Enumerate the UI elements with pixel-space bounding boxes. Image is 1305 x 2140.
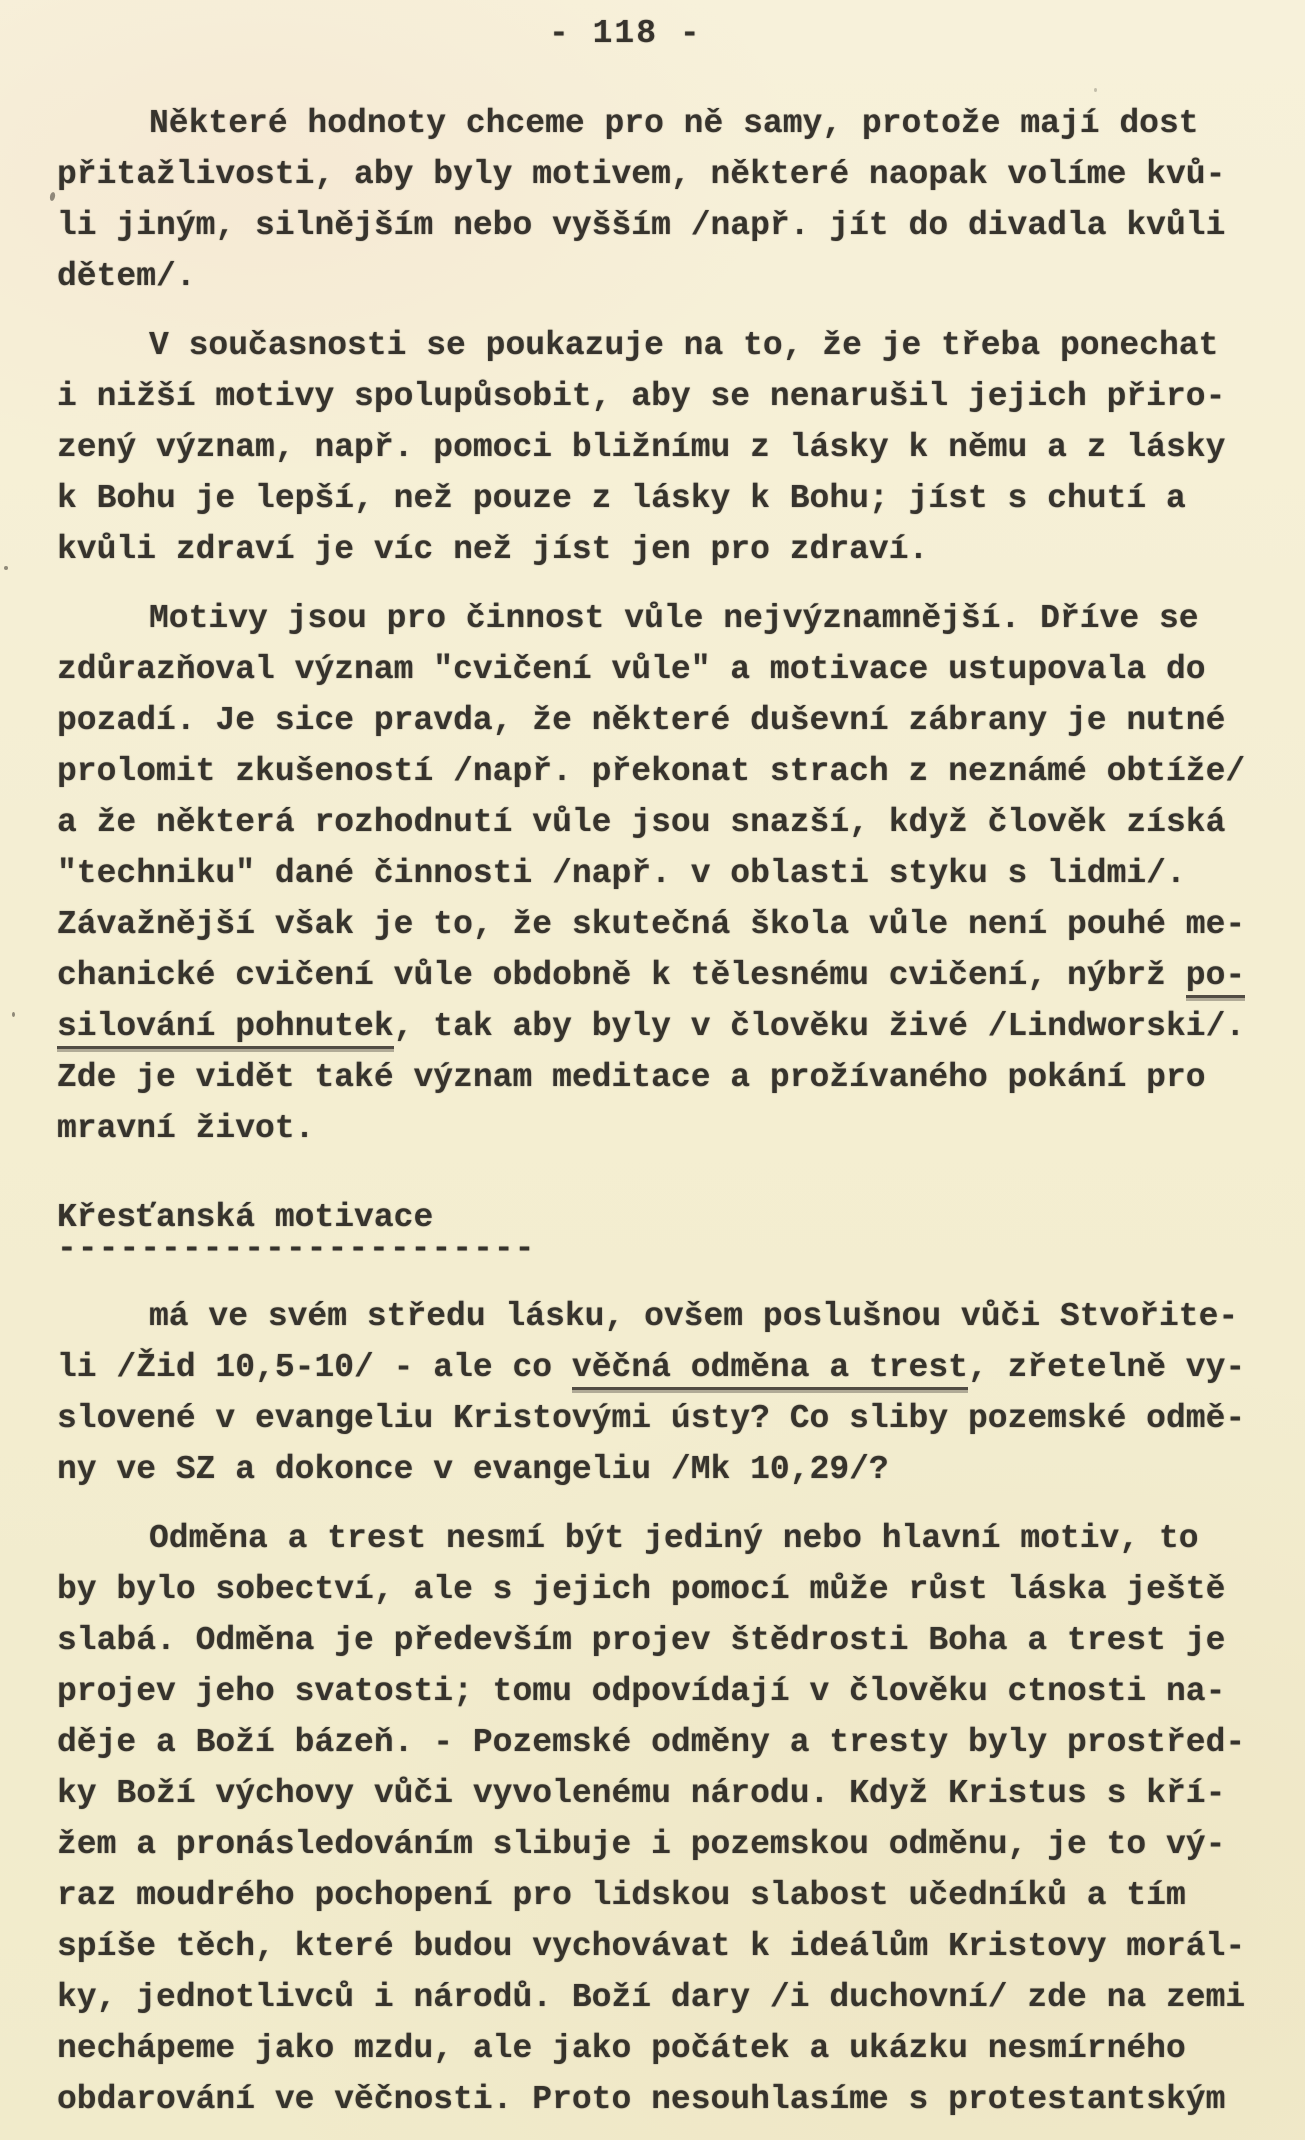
text-run: , tak aby byly v člověku živé /Lindworsk… bbox=[394, 1008, 1246, 1045]
text-line: žem a pronásledováním slibuje i pozemsko… bbox=[57, 1819, 1250, 1870]
text-line: k Bohu je lepší, než pouze z lásky k Boh… bbox=[57, 473, 1250, 524]
text-line: li /Žid 10,5-10/ - ale co věčná odměna a… bbox=[57, 1342, 1250, 1393]
text-line: a že některá rozhodnutí vůle jsou snazší… bbox=[57, 797, 1250, 848]
paragraph-1: Některé hodnoty chceme pro ně samy, prot… bbox=[57, 98, 1250, 302]
text-line: li jiným, silnějším nebo vyšším /např. j… bbox=[57, 200, 1250, 251]
text-line: ky, jednotlivců i národů. Boží dary /i d… bbox=[57, 1972, 1250, 2023]
paragraph-4: má ve svém středu lásku, ovšem poslušnou… bbox=[57, 1291, 1250, 1495]
text-line: ky Boží výchovy vůči vyvolenému národu. … bbox=[57, 1768, 1250, 1819]
text-run: , zřetelně vy- bbox=[968, 1349, 1245, 1386]
page-content: - 118 - Některé hodnoty chceme pro ně sa… bbox=[0, 0, 1305, 2125]
text-line: Odměna a trest nesmí být jediný nebo hla… bbox=[57, 1513, 1250, 1564]
text-line: chanické cvičení vůle obdobně k tělesném… bbox=[57, 950, 1250, 1001]
scan-speck bbox=[4, 566, 8, 570]
text-line: spíše těch, které budou vychovávat k ide… bbox=[57, 1921, 1250, 1972]
text-run: li /Žid 10,5-10/ - ale co bbox=[57, 1349, 572, 1386]
text-line: by bylo sobectví, ale s jejich pomocí mů… bbox=[57, 1564, 1250, 1615]
text-line: "techniku" dané činnosti /např. v oblast… bbox=[57, 848, 1250, 899]
text-line: Závažnější však je to, že skutečná škola… bbox=[57, 899, 1250, 950]
text-line: silování pohnutek, tak aby byly v člověk… bbox=[57, 1001, 1250, 1052]
text-line: pozadí. Je sice pravda, že některé dušev… bbox=[57, 695, 1250, 746]
text-line: nechápeme jako mzdu, ale jako počátek a … bbox=[57, 2023, 1250, 2074]
text-line: projev jeho svatosti; tomu odpovídají v … bbox=[57, 1666, 1250, 1717]
text-line: Některé hodnoty chceme pro ně samy, prot… bbox=[57, 98, 1250, 149]
text-line: mravní život. bbox=[57, 1103, 1250, 1154]
underlined-text: po- bbox=[1186, 957, 1245, 998]
text-line: ny ve SZ a dokonce v evangeliu /Mk 10,29… bbox=[57, 1444, 1250, 1495]
paragraph-5: Odměna a trest nesmí být jediný nebo hla… bbox=[57, 1513, 1250, 2125]
text-run: chanické cvičení vůle obdobně k tělesném… bbox=[57, 957, 1186, 994]
scan-speck bbox=[1094, 88, 1097, 92]
text-line: Motivy jsou pro činnost vůle nejvýznamně… bbox=[57, 593, 1250, 644]
text-line: slovené v evangeliu Kristovými ústy? Co … bbox=[57, 1393, 1250, 1444]
text-line: děje a Boží bázeň. - Pozemské odměny a t… bbox=[57, 1717, 1250, 1768]
underlined-text: silování pohnutek bbox=[57, 1008, 394, 1049]
paragraph-2: V současnosti se poukazuje na to, že je … bbox=[57, 320, 1250, 575]
text-line: V současnosti se poukazuje na to, že je … bbox=[57, 320, 1250, 371]
underlined-text: věčná odměna a trest bbox=[572, 1349, 968, 1390]
scanned-document-page: - 118 - Některé hodnoty chceme pro ně sa… bbox=[0, 0, 1305, 2140]
text-line: zdůrazňoval význam "cvičení vůle" a moti… bbox=[57, 644, 1250, 695]
text-line: obdarování ve věčnosti. Proto nesouhlasí… bbox=[57, 2074, 1250, 2125]
text-line: slabá. Odměna je především projev štědro… bbox=[57, 1615, 1250, 1666]
page-number: - 118 - bbox=[57, 14, 1250, 54]
text-line: má ve svém středu lásku, ovšem poslušnou… bbox=[57, 1291, 1250, 1342]
text-line: přitažlivosti, aby byly motivem, některé… bbox=[57, 149, 1250, 200]
text-line: i nižší motivy spolupůsobit, aby se nena… bbox=[57, 371, 1250, 422]
section-heading: Křesťanská motivace --------------------… bbox=[57, 1192, 1250, 1273]
text-line: prolomit zkušeností /např. překonat stra… bbox=[57, 746, 1250, 797]
text-line: kvůli zdraví je víc než jíst jen pro zdr… bbox=[57, 524, 1250, 575]
text-line: zený význam, např. pomoci bližnímu z lás… bbox=[57, 422, 1250, 473]
text-line: dětem/. bbox=[57, 251, 1250, 302]
paragraph-3: Motivy jsou pro činnost vůle nejvýznamně… bbox=[57, 593, 1250, 1154]
scan-speck bbox=[12, 1012, 15, 1017]
text-line: Zde je vidět také význam meditace a prož… bbox=[57, 1052, 1250, 1103]
text-line: raz moudrého pochopení pro lidskou slabo… bbox=[57, 1870, 1250, 1921]
heading-dashed-underline: ----------------------- bbox=[57, 1237, 1250, 1273]
